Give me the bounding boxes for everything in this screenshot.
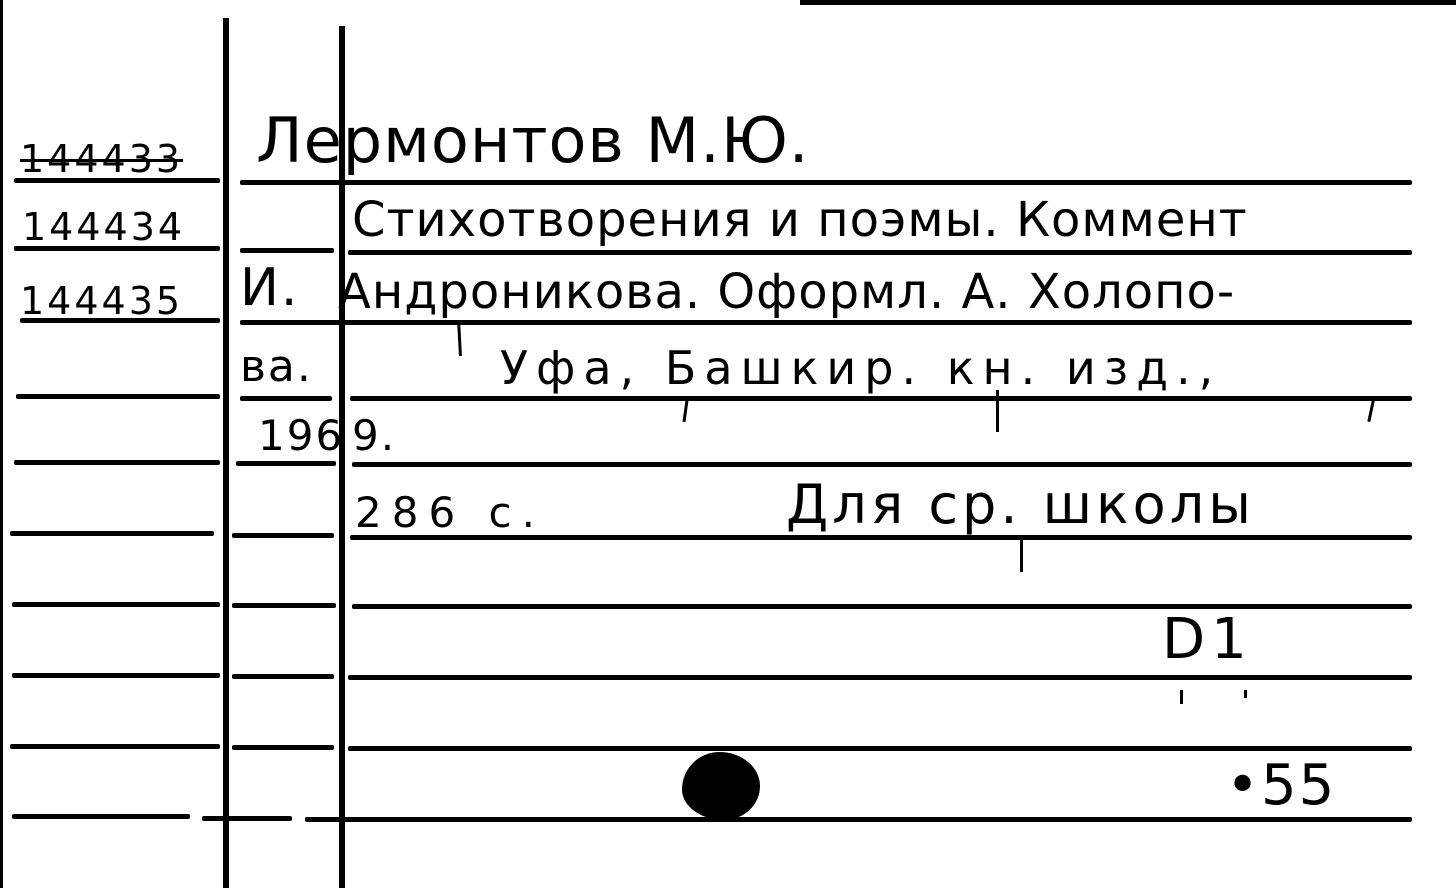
author-heading: Лермонтов М.Ю. — [256, 110, 810, 172]
card-top-edge — [800, 0, 1456, 5]
ruled-line — [240, 180, 1412, 185]
publisher-line: Уфа, Башкир. кн. изд., — [500, 345, 1221, 391]
ruled-line — [352, 462, 1412, 467]
pen-stroke — [996, 390, 999, 432]
inventory-number-struck: 144433 — [20, 140, 183, 178]
ink-tick — [1180, 690, 1183, 704]
inventory-number: 144435 — [20, 282, 183, 320]
ruled-line — [202, 816, 292, 821]
classification-mark: D1 — [1162, 612, 1253, 668]
ruled-line — [240, 248, 334, 253]
line3-left: ва. — [240, 345, 313, 389]
ink-tick — [1244, 690, 1247, 698]
ruled-line — [348, 746, 1412, 751]
ruled-line — [16, 394, 220, 399]
ruled-line — [232, 603, 336, 608]
ruled-line — [240, 320, 1412, 325]
inventory-number: 144434 — [22, 208, 185, 246]
catalog-card: 144433 144434 144435 Лермонтов М.Ю. Стих… — [0, 0, 1456, 888]
ruled-line — [12, 602, 220, 607]
title-line: Стихотворения и поэмы. Коммент — [352, 196, 1248, 244]
ruled-line — [350, 396, 1412, 401]
pen-stroke — [457, 320, 462, 356]
ruled-line — [232, 745, 334, 750]
ruled-line — [240, 396, 332, 401]
pen-stroke — [1020, 536, 1023, 572]
ruled-line — [10, 531, 214, 536]
pen-stroke — [682, 400, 688, 422]
commentator-initial: И. — [240, 262, 299, 314]
ink-blot — [682, 752, 760, 820]
ruled-line — [348, 675, 1412, 680]
inventory-column-rule — [223, 18, 229, 888]
ruled-line — [14, 460, 220, 465]
publication-year-right: 9. — [352, 415, 396, 457]
publication-year-left: 196 — [258, 415, 344, 457]
page-count: 286 с. — [355, 492, 545, 534]
ruled-line — [352, 604, 1412, 609]
ruled-line — [236, 461, 336, 466]
ruled-line — [348, 250, 1412, 255]
card-left-edge — [0, 0, 3, 888]
commentator-line: Андроникова. Оформл. А. Холопо- — [338, 268, 1235, 316]
ruled-line — [10, 744, 220, 749]
ruled-line — [232, 674, 334, 679]
ruled-line — [12, 814, 190, 819]
ruled-line — [12, 673, 220, 678]
audience-note: Для ср. школы — [786, 478, 1255, 532]
shelf-number: •55 — [1226, 758, 1336, 814]
ruled-line — [232, 533, 334, 538]
